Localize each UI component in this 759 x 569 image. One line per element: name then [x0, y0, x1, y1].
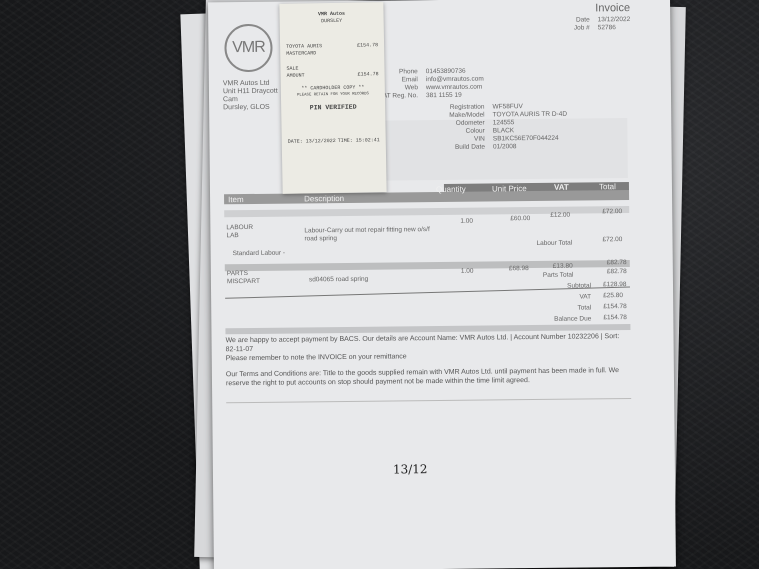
total-value: £128.98 — [603, 281, 627, 288]
col-unit-price: Unit Price — [492, 184, 527, 193]
labour-description: Labour-Carry out mot repair fitting new … — [304, 226, 444, 243]
job-number: 52786 — [598, 24, 631, 32]
invoice-title: Invoice — [595, 2, 630, 14]
total-label: Balance Due — [541, 315, 591, 323]
parts-section: PARTS — [227, 270, 248, 277]
col-item: Item — [228, 195, 244, 204]
contact-value: 381 1155 19 — [426, 92, 484, 101]
receipt-amount: £154.78 — [358, 71, 379, 78]
col-description: Description — [304, 194, 344, 203]
parts-vat: £13.80 — [553, 263, 573, 270]
parts-total-label: Parts Total — [543, 272, 574, 279]
vmr-logo: VMR — [224, 24, 273, 73]
labour-sub-label: Standard Labour - — [233, 250, 285, 258]
col-vat: VAT — [554, 183, 569, 192]
col-total: Total — [599, 182, 616, 191]
pin-verified: PIN VERIFIED — [287, 103, 379, 112]
invoice-sheet: VMR Invoice Date 13/12/2022 Job # 52786 … — [208, 0, 676, 569]
parts-description: sd04065 road spring — [309, 276, 368, 284]
company-contact: Phone01453890736Emailinfo@vmrautos.comWe… — [379, 68, 484, 101]
vehicle-value: 01/2008 — [493, 143, 567, 152]
labour-section-total: £72.00 — [602, 236, 622, 243]
labour-quantity: 1.00 — [460, 218, 473, 225]
labour-total: £72.00 — [602, 208, 622, 215]
company-address: VMR Autos Ltd Unit H11 Draycott Cam Durs… — [223, 80, 278, 113]
total-label: Subtotal — [541, 282, 591, 290]
labour-unit-price: £60.00 — [510, 215, 530, 222]
payment-notes: We are happy to accept payment by BACS. … — [226, 332, 627, 395]
col-quantity: Quantity — [436, 185, 466, 194]
vehicle-details: RegistrationWF58FUVMake/ModelTOYOTA AURI… — [449, 103, 567, 152]
job-label: Job # — [574, 24, 590, 32]
parts-unit-price: £68.98 — [509, 265, 529, 272]
total-label: Total — [541, 304, 591, 312]
date-label: Date — [574, 16, 590, 24]
parts-total: £82.78 — [607, 259, 627, 266]
parts-code: MISCPART — [227, 278, 260, 285]
vehicle-label: Build Date — [450, 144, 485, 152]
handwritten-date: 13/12 — [393, 462, 428, 476]
total-value: £25.80 — [603, 292, 623, 299]
footer-divider — [226, 398, 631, 403]
invoice-meta: Date 13/12/2022 Job # 52786 — [574, 16, 631, 33]
labour-total-label: Labour Total — [537, 240, 573, 247]
card-receipt: VMR Autos DURSLEY TOYOTA AURIS£154.78 MA… — [279, 2, 386, 194]
total-value: £154.78 — [603, 303, 627, 310]
parts-quantity: 1.00 — [461, 268, 474, 275]
total-value: £154.78 — [603, 314, 627, 321]
labour-vat: £12.00 — [550, 212, 570, 219]
total-label: VAT — [541, 293, 591, 301]
parts-section-total: £82.78 — [607, 268, 627, 275]
labour-code: LAB — [226, 232, 238, 239]
labour-section: LABOUR — [226, 224, 253, 231]
